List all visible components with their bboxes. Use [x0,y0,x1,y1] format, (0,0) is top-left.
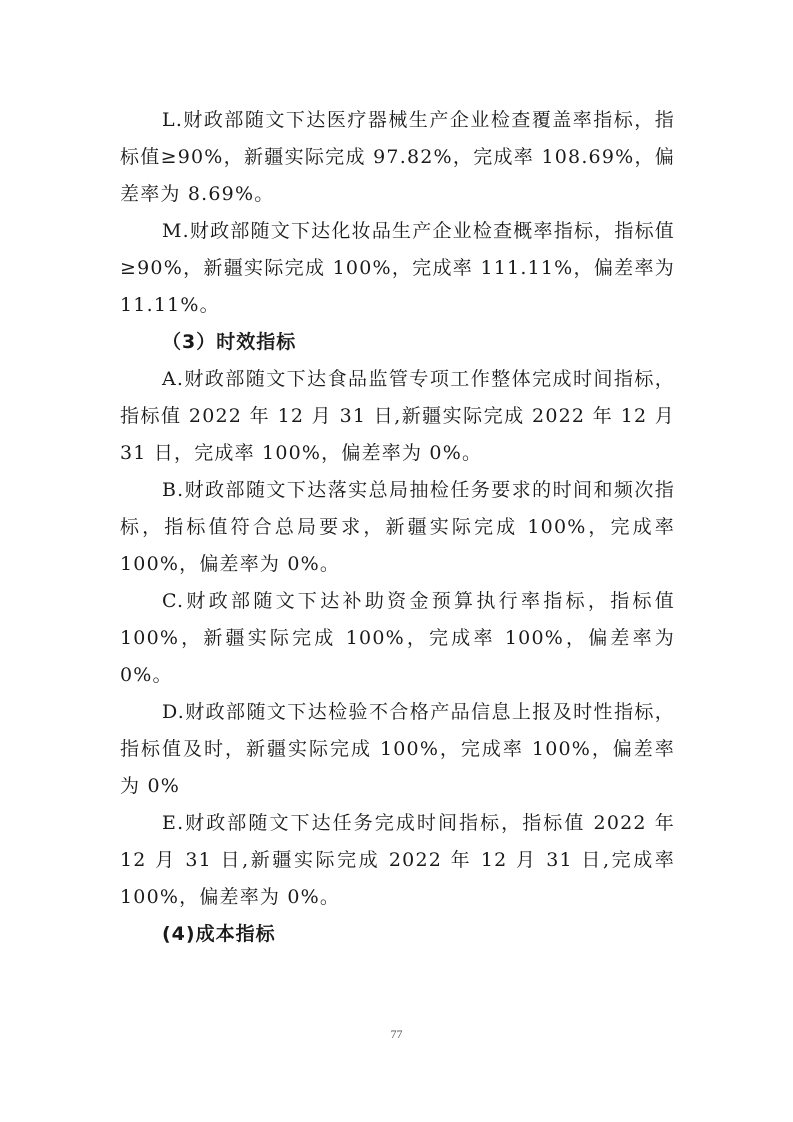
section-heading-timeliness: （3）时效指标 [120,324,675,361]
paragraph-item-m: M.财政部随文下达化妆品生产企业检查概率指标，指标值≥90%，新疆实际完成 10… [120,213,675,324]
paragraph-item-b: B.财政部随文下达落实总局抽检任务要求的时间和频次指标，指标值符合总局要求，新疆… [120,472,675,583]
paragraph-item-a: A.财政部随文下达食品监管专项工作整体完成时间指标，指标值 2022 年 12 … [120,361,675,472]
section-heading-cost: (4)成本指标 [120,916,675,953]
document-page: L.财政部随文下达医疗器械生产企业检查覆盖率指标，指标值≥90%，新疆实际完成 … [120,102,675,953]
paragraph-item-l: L.财政部随文下达医疗器械生产企业检查覆盖率指标，指标值≥90%，新疆实际完成 … [120,102,675,213]
page-number: 77 [0,1027,793,1042]
paragraph-item-c: C.财政部随文下达补助资金预算执行率指标，指标值 100%，新疆实际完成 100… [120,583,675,694]
paragraph-item-d: D.财政部随文下达检验不合格产品信息上报及时性指标，指标值及时，新疆实际完成 1… [120,694,675,805]
paragraph-item-e: E.财政部随文下达任务完成时间指标，指标值 2022 年 12 月 31 日,新… [120,805,675,916]
